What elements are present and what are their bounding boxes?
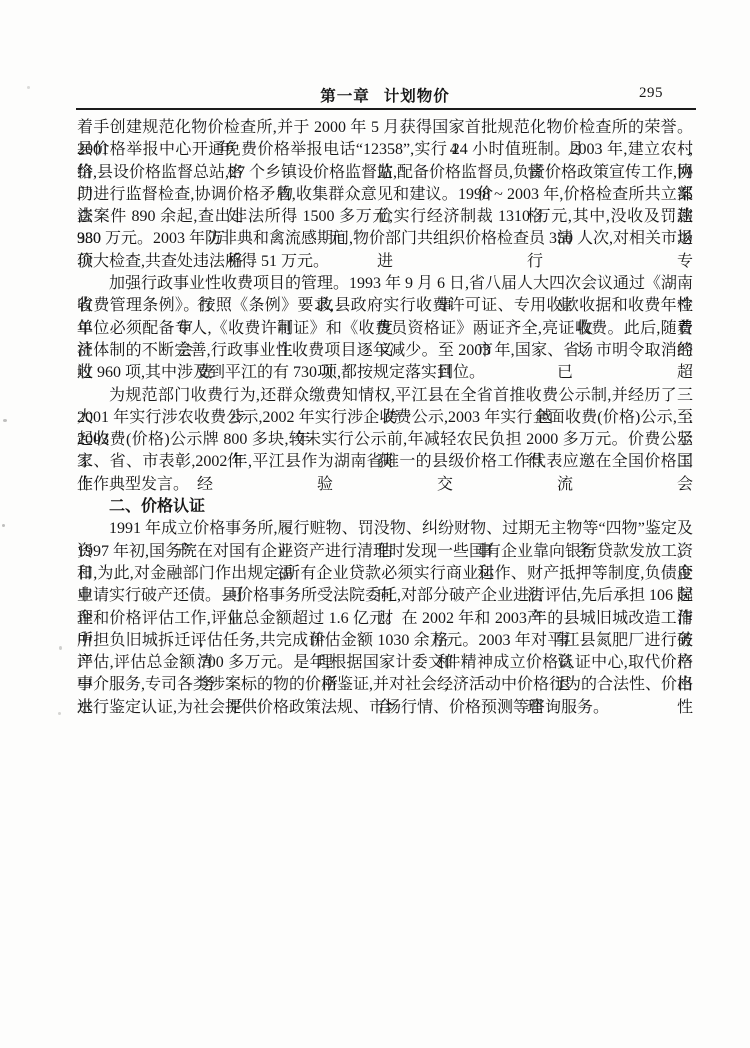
text-line: 1997 年初,国务院在对国有企业资产进行清理时发现一些国有企业靠向银行贷款发放… [77,541,693,563]
text-line: 理和价格评估工作,评估总金额超过 1.6 亿元。在 2002 年和 2003 年… [77,608,693,630]
text-line: 着手创建规范化物价检查所,并于 2000 年 5 月获得国家首批规范化物价检查所… [77,117,693,139]
page-number: 295 [639,85,663,102]
text-line: 加强行政事业性收费项目的管理。1993 年 9 月 6 日,省八届人大四次会议通… [77,273,693,295]
chapter-title: 第一章计划物价 [77,84,693,106]
scan-speck [58,712,61,715]
page-body: 着手创建规范化物价检查所,并于 2000 年 5 月获得国家首批规范化物价检查所… [77,117,693,719]
text-line: 济体制的不断完善,行政事业性收费项目逐年减少。至 2003 年,国家、省、市明令… [77,340,693,362]
text-line: 申请实行破产还债。县价格事务所受法院委托,对部分破产企业进行评估,先后承担 10… [77,585,693,607]
section-title: 计划物价 [384,88,450,105]
text-line: 家、省、市表彰,2002 年,平江县作为湖南省唯一的县级价格工作代表应邀在全国价… [77,451,693,473]
text-line: 县价格举报中心开通免费价格举报电话“12358”,实行 24 小时值班制。200… [77,139,693,161]
text-line: 络,县设价格监督总站,27 个乡镇设价格监督站,配备价格监督员,负责价格政策宣传… [77,162,693,184]
scan-speck [59,646,62,650]
text-line: 单位必须配备专人,《收费许可证》和《收费员资格证》两证齐全,亮证收费。此后,随着… [77,318,693,340]
text-line: 所担负旧城拆迁评估任务,共完成评估金额 1030 余万元。2003 年对平江县氮… [77,630,693,652]
text-line: 法案件 890 余起,查出非法所得 1500 多万元,实行经济制裁 1310 万… [77,206,693,228]
text-line: 日,为此,对金融部门作出规定,所有企业贷款必须实行商业运作、财产抵押等制度,负债… [77,563,693,585]
text-line: 2001 年实行涉农收费公示,2002 年实行涉企收费公示,2003 年实行全面… [77,407,693,429]
scan-speck [3,419,7,422]
running-header: 第一章计划物价 295 [77,84,693,106]
text-line: 起收费(价格)公示牌 800 多块,较未实行公示前,年减轻农民负担 2000 多… [77,429,693,451]
section-heading: 二、价格认证 [77,496,693,518]
text-line: 评估,评估总金额 700 多万元。是年,根据国家计委文件精神成立价格认证中心,取… [77,652,693,674]
text-line: 收费管理条例》。按照《条例》要求,县政府实行收费许可证、专用收款收据和收费年检年… [77,295,693,317]
header-rule [76,108,696,110]
text-line: 930 万元。2003 年防非典和禽流感期间,物价部门共组织价格检查员 350 … [77,228,693,250]
text-line: 1991 年成立价格事务所,履行赃物、罚没物、纠纷财物、过期无主物等“四物”鉴定… [77,518,693,540]
scan-speck [27,86,30,89]
scan-speck [2,524,5,527]
text-line: 门进行监督检查,协调价格矛盾,收集群众意见和建议。1998 ~ 2003 年,价… [77,184,693,206]
chapter-number: 第一章 [320,88,370,105]
text-line: 中介服务,专司各类涉案标的物的价格鉴证,并对社会经济活动中价格行为的合法性、价格… [77,674,693,696]
document-page: 第一章计划物价 295 着手创建规范化物价检查所,并于 2000 年 5 月获得… [0,0,750,1048]
text-line: 进行鉴定认证,为社会提供价格政策法规、市场行情、价格预测等咨询服务。 [77,697,693,719]
text-line: 为规范部门收费行为,还群众缴费知情权,平江县在全省首推收费公示制,并经历了三大步… [77,385,693,407]
